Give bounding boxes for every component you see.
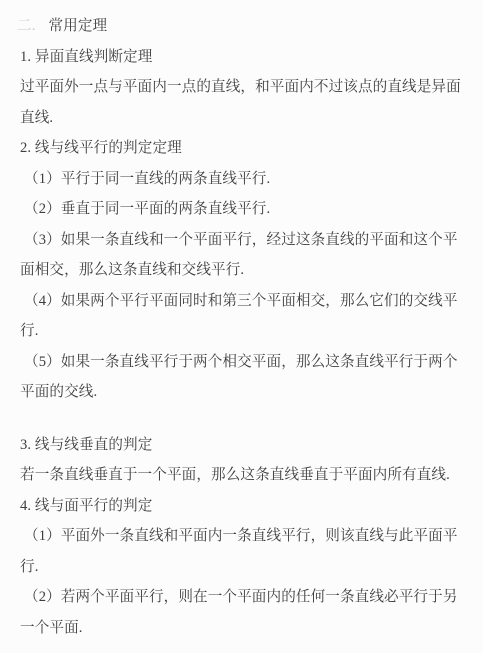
numbered-item-line: （1）平面外一条直线和平面内一条直线平行，则该直线与此平面平 (20, 521, 467, 552)
list-heading: 1. 异面直线判断定理 (20, 42, 467, 73)
section-heading: 二.常用定理 (20, 11, 467, 42)
faded-section-number: 二. (17, 18, 35, 34)
section-title: 常用定理 (48, 18, 107, 34)
text-line: 行. (20, 316, 467, 347)
numbered-item-line: （4）如果两个平行平面同时和第三个平面相交，那么它们的交线平 (20, 286, 467, 317)
numbered-item-line: （5）如果一条直线平行于两个相交平面，那么这条直线平行于两个 (20, 347, 467, 378)
document-body: 1. 异面直线判断定理过平面外一点与平面内一点的直线，和平面内不过该点的直线是异… (20, 42, 467, 644)
list-heading: 3. 线与线垂直的判定 (20, 430, 467, 461)
numbered-item-line: （1）平行于同一直线的两条直线平行. (20, 164, 467, 195)
numbered-item-line: （3）如果一条直线和一个平面平行，经过这条直线的平面和这个平 (20, 225, 467, 256)
text-line: 一个平面. (20, 613, 467, 644)
text-line: 若一条直线垂直于一个平面，那么这条直线垂直于平面内所有直线. (20, 460, 467, 491)
text-line: 行. (20, 552, 467, 583)
text-line: 面相交，那么这条直线和交线平行. (20, 255, 467, 286)
list-heading: 4. 线与面平行的判定 (20, 491, 467, 522)
numbered-item-line: （2）若两个平面平行，则在一个平面内的任何一条直线必平行于另 (20, 582, 467, 613)
list-heading: 2. 线与线平行的判定定理 (20, 133, 467, 164)
text-line: 过平面外一点与平面内一点的直线，和平面内不过该点的直线是异面 (20, 72, 467, 103)
text-line: 平面的交线. (20, 377, 467, 408)
text-line: 直线. (20, 103, 467, 134)
document-page: 二.常用定理 1. 异面直线判断定理过平面外一点与平面内一点的直线，和平面内不过… (0, 0, 483, 653)
numbered-item-line: （2）垂直于同一平面的两条直线平行. (20, 194, 467, 225)
